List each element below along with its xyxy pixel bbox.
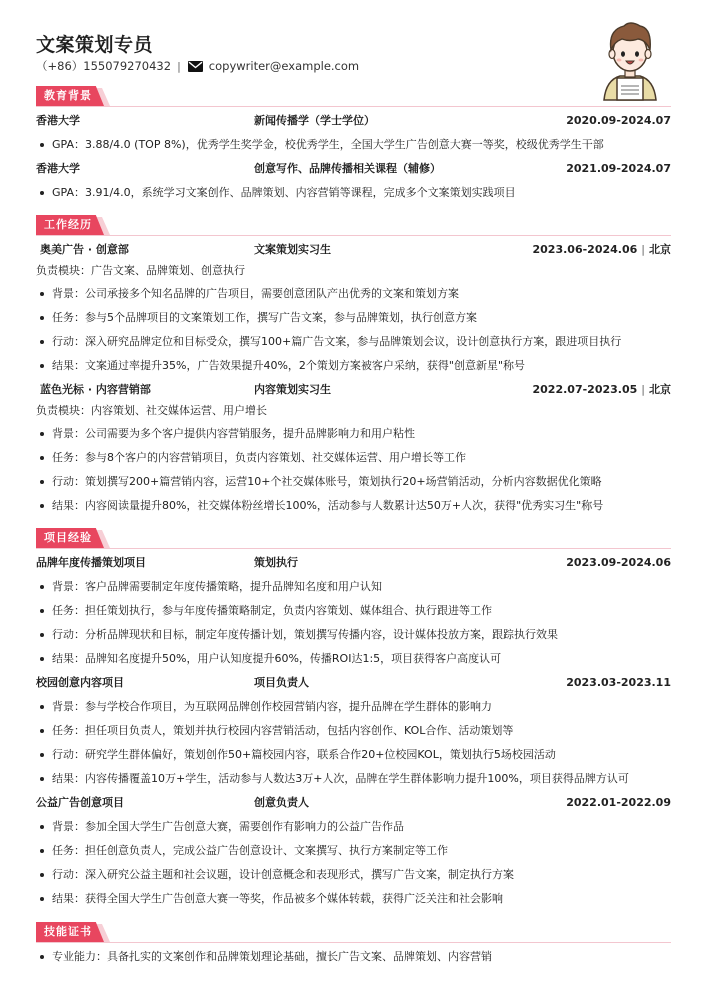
email-address: copywriter@example.com (209, 59, 359, 73)
date-range: 2022.07-2023.05 (533, 383, 638, 396)
major: 新闻传播学（学士学位） (254, 109, 375, 133)
separator: | (641, 383, 645, 396)
job-role: 文案策划实习生 (254, 238, 331, 262)
project-role: 创意负责人 (254, 791, 309, 815)
education-entry-header: 香港大学 新闻传播学（学士学位） 2020.09-2024.07 (36, 109, 671, 133)
section-header: 教育背景 (36, 86, 671, 106)
bullet-item: 结果：品牌知名度提升50%，用户认知度提升60%，传播ROI达1:5，项目获得客… (36, 647, 671, 671)
bullet-item: 背景：参加全国大学生广告创意大赛，需要创作有影响力的公益广告作品 (36, 815, 671, 839)
bullet-item: 背景：客户品牌需要制定年度传播策略，提升品牌知名度和用户认知 (36, 575, 671, 599)
section-title: 项目经验 (36, 528, 104, 548)
section-education: 教育背景 香港大学 新闻传播学（学士学位） 2020.09-2024.07 GP… (36, 86, 671, 205)
date-range: 2023.06-2024.06 (533, 243, 638, 256)
school-name: 香港大学 (36, 157, 80, 181)
date-range: 2020.09-2024.07 (566, 109, 671, 133)
major: 创意写作、品牌传播相关课程（辅修） (254, 157, 441, 181)
contact-line: （+86）155079270432 | copywriter@example.c… (36, 58, 359, 74)
section-header: 项目经验 (36, 528, 671, 548)
project-entry-header: 校园创意内容项目 项目负责人 2023.03-2023.11 (36, 671, 671, 695)
responsibility-modules: 负责模块：内容策划、社交媒体运营、用户增长 (36, 402, 671, 422)
section-title: 技能证书 (36, 922, 104, 942)
bullet-item: 行动：研究学生群体偏好，策划创作50+篇校园内容，联系合作20+位校园KOL，策… (36, 743, 671, 767)
bullet-item: 任务：担任策划执行，参与年度传播策略制定，负责内容策划、媒体组合、执行跟进等工作 (36, 599, 671, 623)
location: 北京 (649, 243, 671, 256)
candidate-title: 文案策划专员 (36, 30, 153, 57)
section-header: 技能证书 (36, 922, 671, 942)
section-divider (36, 548, 671, 549)
project-entry-header: 品牌年度传播策划项目 策划执行 2023.09-2024.06 (36, 551, 671, 575)
section-header: 工作经历 (36, 215, 671, 235)
bullet-item: 结果：内容传播覆盖10万+学生，活动参与人数达3万+人次，品牌在学生群体影响力提… (36, 767, 671, 791)
section-skills: 技能证书 专业能力：具备扎实的文案创作和品牌策划理论基础，擅长广告文案、品牌策划… (36, 922, 671, 969)
bullet-item: 任务：参与8个客户的内容营销项目，负责内容策划、社交媒体运营、用户增长等工作 (36, 446, 671, 470)
bullet-item: GPA：3.88/4.0 (TOP 8%)，优秀学生奖学金，校优秀学生，全国大学… (36, 133, 671, 157)
bullet-item: 行动：策划撰写200+篇营销内容，运营10+个社交媒体账号，策划执行20+场营销… (36, 470, 671, 494)
bullet-item: 背景：公司承接多个知名品牌的广告项目，需要创意团队产出优秀的文案和策划方案 (36, 282, 671, 306)
bullet-item: 任务：担任项目负责人，策划并执行校园内容营销活动，包括内容创作、KOL合作、活动… (36, 719, 671, 743)
bullet-item: 行动：深入研究公益主题和社会议题，设计创意概念和表现形式，撰写广告文案，制定执行… (36, 863, 671, 887)
date-location: 2023.06-2024.06|北京 (533, 238, 672, 262)
bullet-item: 结果：文案通过率提升35%，广告效果提升40%，2个策划方案被客户采纳，获得"创… (36, 354, 671, 378)
phone-number: （+86）155079270432 (36, 58, 171, 74)
project-name: 校园创意内容项目 (36, 671, 124, 695)
envelope-icon (188, 61, 203, 72)
project-name: 品牌年度传播策划项目 (36, 551, 146, 575)
date-range: 2023.09-2024.06 (566, 551, 671, 575)
date-location: 2022.07-2023.05|北京 (533, 378, 672, 402)
section-title: 工作经历 (36, 215, 104, 235)
education-entry-header: 香港大学 创意写作、品牌传播相关课程（辅修） 2021.09-2024.07 (36, 157, 671, 181)
company-name: 奥美广告 · 创意部 (40, 238, 129, 262)
separator: | (641, 243, 645, 256)
resume-page: 文案策划专员 （+86）155079270432 | copywriter@ex… (0, 0, 707, 1000)
work-entry-header: 奥美广告 · 创意部 文案策划实习生 2023.06-2024.06|北京 (36, 238, 671, 262)
contact-separator: | (177, 60, 181, 73)
section-projects: 项目经验 品牌年度传播策划项目 策划执行 2023.09-2024.06 背景：… (36, 528, 671, 911)
bullet-item: 背景：参与学校合作项目，为互联网品牌创作校园营销内容，提升品牌在学生群体的影响力 (36, 695, 671, 719)
bullet-item: 任务：参与5个品牌项目的文案策划工作，撰写广告文案，参与品牌策划，执行创意方案 (36, 306, 671, 330)
section-title: 教育背景 (36, 86, 104, 106)
job-role: 内容策划实习生 (254, 378, 331, 402)
bullet-item: 专业能力：具备扎实的文案创作和品牌策划理论基础，擅长广告文案、品牌策划、内容营销 (36, 945, 671, 969)
section-divider (36, 235, 671, 236)
bullet-item: 行动：分析品牌现状和目标，制定年度传播计划，策划撰写传播内容，设计媒体投放方案，… (36, 623, 671, 647)
section-work-experience: 工作经历 奥美广告 · 创意部 文案策划实习生 2023.06-2024.06|… (36, 215, 671, 518)
project-entry-header: 公益广告创意项目 创意负责人 2022.01-2022.09 (36, 791, 671, 815)
section-divider (36, 106, 671, 107)
date-range: 2022.01-2022.09 (566, 791, 671, 815)
location: 北京 (649, 383, 671, 396)
bullet-item: GPA：3.91/4.0，系统学习文案创作、品牌策划、内容营销等课程，完成多个文… (36, 181, 671, 205)
work-entry-header: 蓝色光标 · 内容营销部 内容策划实习生 2022.07-2023.05|北京 (36, 378, 671, 402)
school-name: 香港大学 (36, 109, 80, 133)
date-range: 2023.03-2023.11 (566, 671, 671, 695)
project-name: 公益广告创意项目 (36, 791, 124, 815)
bullet-item: 结果：获得全国大学生广告创意大赛一等奖，作品被多个媒体转载，获得广泛关注和社会影… (36, 887, 671, 911)
project-role: 项目负责人 (254, 671, 309, 695)
bullet-item: 结果：内容阅读量提升80%，社交媒体粉丝增长100%，活动参与人数累计达50万+… (36, 494, 671, 518)
project-role: 策划执行 (254, 551, 298, 575)
company-name: 蓝色光标 · 内容营销部 (40, 378, 151, 402)
date-range: 2021.09-2024.07 (566, 157, 671, 181)
responsibility-modules: 负责模块：广告文案、品牌策划、创意执行 (36, 262, 671, 282)
section-divider (36, 942, 671, 943)
bullet-item: 背景：公司需要为多个客户提供内容营销服务，提升品牌影响力和用户粘性 (36, 422, 671, 446)
bullet-item: 行动：深入研究品牌定位和目标受众，撰写100+篇广告文案，参与品牌策划会议，设计… (36, 330, 671, 354)
bullet-item: 任务：担任创意负责人，完成公益广告创意设计、文案撰写、执行方案制定等工作 (36, 839, 671, 863)
